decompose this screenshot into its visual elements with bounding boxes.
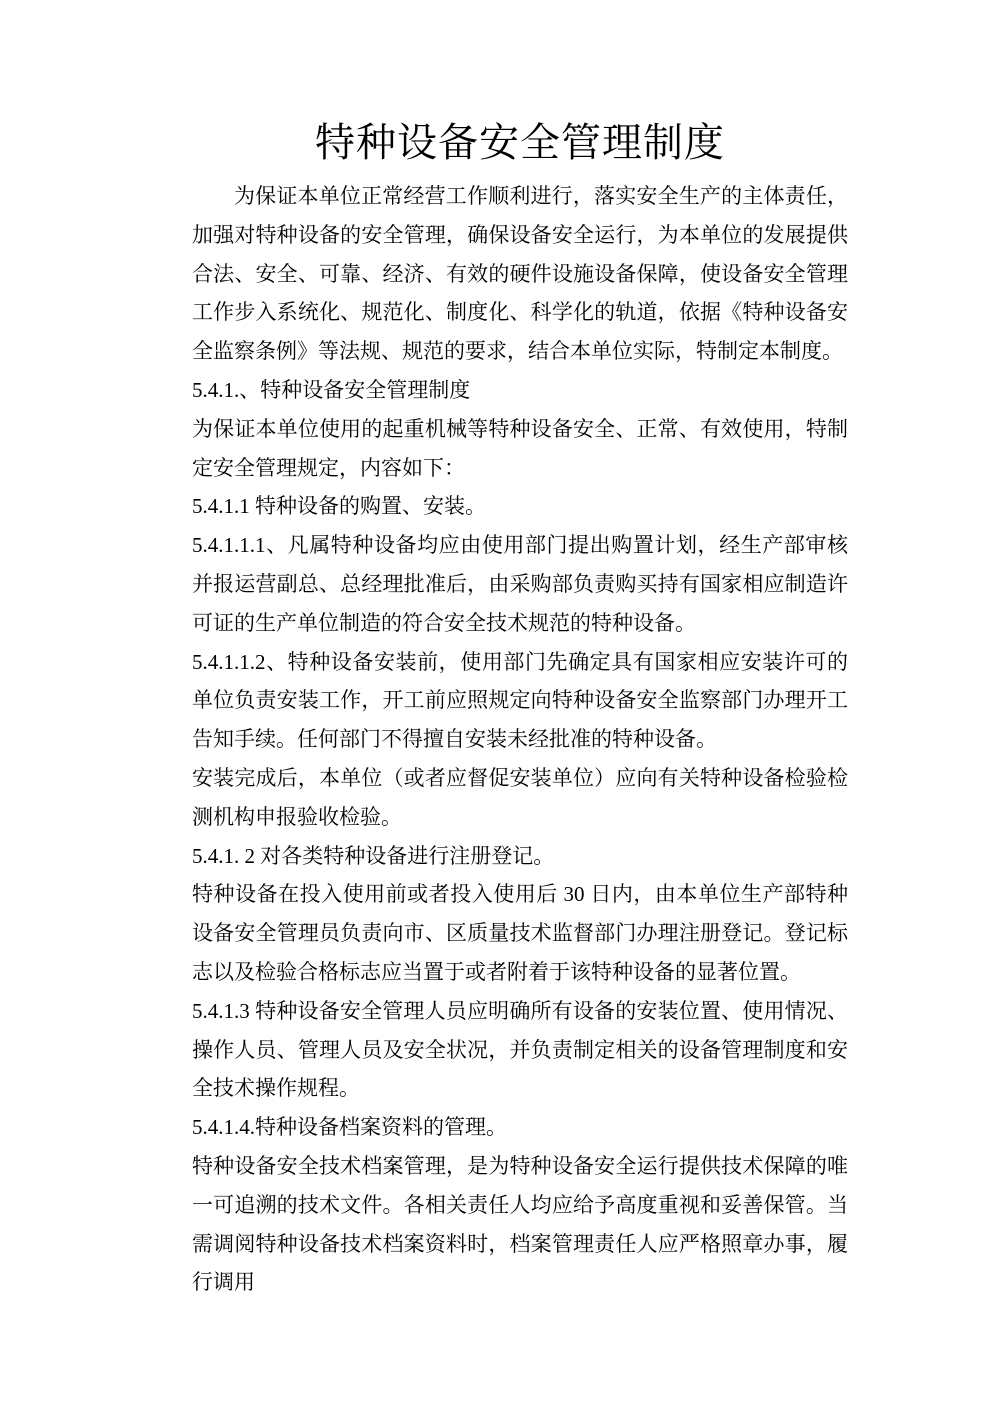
paragraph: 5.4.1.1 特种设备的购置、安装。 <box>192 487 848 526</box>
paragraph: 5.4.1. 2 对各类特种设备进行注册登记。 <box>192 837 848 876</box>
paragraph: 5.4.1.1.1、凡属特种设备均应由使用部门提出购置计划，经生产部审核并报运营… <box>192 526 848 642</box>
paragraph: 5.4.1.3 特种设备安全管理人员应明确所有设备的安装位置、使用情况、操作人员… <box>192 992 848 1108</box>
paragraph: 为保证本单位使用的起重机械等特种设备安全、正常、有效使用，特制定安全管理规定，内… <box>192 410 848 488</box>
document-page: 特种设备安全管理制度 为保证本单位正常经营工作顺利进行，落实安全生产的主体责任，… <box>0 0 993 1404</box>
document-content: 特种设备安全管理制度 为保证本单位正常经营工作顺利进行，落实安全生产的主体责任，… <box>192 117 848 1302</box>
paragraph: 安装完成后，本单位（或者应督促安装单位）应向有关特种设备检验检测机构申报验收检验… <box>192 759 848 837</box>
paragraph: 为保证本单位正常经营工作顺利进行，落实安全生产的主体责任，加强对特种设备的安全管… <box>192 177 848 371</box>
paragraph: 5.4.1.1.2、特种设备安装前，使用部门先确定具有国家相应安装许可的单位负责… <box>192 643 848 759</box>
paragraph-list: 为保证本单位正常经营工作顺利进行，落实安全生产的主体责任，加强对特种设备的安全管… <box>192 177 848 1302</box>
paragraph: 5.4.1.、特种设备安全管理制度 <box>192 371 848 410</box>
document-title: 特种设备安全管理制度 <box>192 117 848 169</box>
paragraph: 5.4.1.4.特种设备档案资料的管理。 <box>192 1108 848 1147</box>
paragraph: 特种设备安全技术档案管理，是为特种设备安全运行提供技术保障的唯一可追溯的技术文件… <box>192 1147 848 1302</box>
paragraph: 特种设备在投入使用前或者投入使用后 30 日内，由本单位生产部特种设备安全管理员… <box>192 875 848 991</box>
